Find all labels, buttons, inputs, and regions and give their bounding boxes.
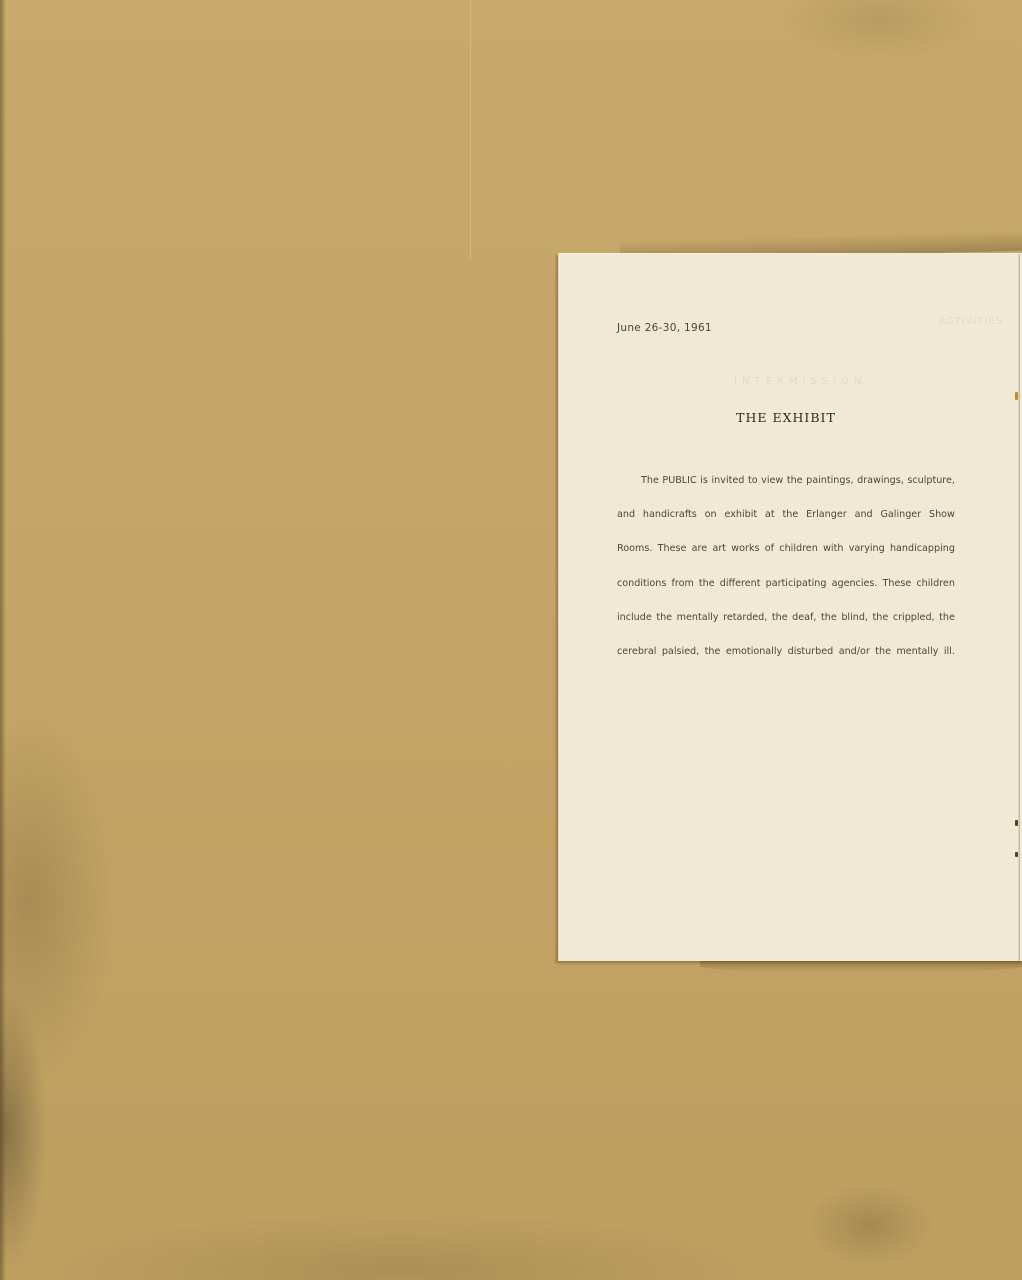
bleed-through-header: ACTIVITIES [939,316,1003,327]
word: emotionally [726,645,782,679]
paper-fold-edge [1018,254,1020,961]
word: the [939,611,955,645]
body-line: ThePUBLICisinvitedtoviewthepaintings,dra… [617,474,955,508]
word: cerebral [617,645,656,679]
word: mentally [677,611,719,645]
word: crippled, [893,611,935,645]
word: Galinger [880,508,921,542]
event-date: June 26-30, 1961 [617,322,712,334]
word: include [617,611,652,645]
word: sculpture, [907,474,955,508]
body-line: includethementallyretarded,thedeaf,thebl… [617,611,955,645]
word: the [772,611,788,645]
body-line: andhandicraftsonexhibitattheErlangerandG… [617,508,955,542]
body-paragraph: ThePUBLICisinvitedtoviewthepaintings,dra… [617,474,955,679]
word: is [700,474,708,508]
word: the [656,611,672,645]
word: with [823,542,843,576]
word: the [783,508,799,542]
word: ill. [944,645,955,679]
word: retarded, [723,611,767,645]
word: palsied, [662,645,699,679]
word: at [765,508,775,542]
word: These [883,577,912,611]
word: agencies. [832,577,878,611]
word: different [720,577,761,611]
word: blind, [841,611,868,645]
word: and/or [839,645,870,679]
word: handicapping [890,542,955,576]
word: exhibit [724,508,757,542]
word: are [692,542,708,576]
word: Erlanger [806,508,847,542]
word: the [873,611,889,645]
word: on [705,508,717,542]
exhibit-program-page: ACTIVITIES INTERMISSION June 26-30, 1961… [558,253,1022,961]
word: works [731,542,759,576]
word: The [641,474,659,508]
word: view [761,474,783,508]
word: deaf, [792,611,816,645]
word: children [916,577,955,611]
word: from [671,577,693,611]
word: the [705,645,721,679]
word: invited [712,474,745,508]
word: Show [929,508,955,542]
body-line: cerebralpalsied,theemotionallydisturbeda… [617,645,955,679]
word: the [699,577,715,611]
word: disturbed [788,645,834,679]
staple-mark [1015,392,1018,400]
word: These [658,542,687,576]
body-line: conditionsfromthedifferentparticipatinga… [617,577,955,611]
word: and [617,508,635,542]
word: participating [766,577,827,611]
word: children [779,542,818,576]
word: the [821,611,837,645]
word: and [855,508,873,542]
binding-mark [1015,820,1018,826]
word: of [765,542,774,576]
word: to [748,474,758,508]
word: handicrafts [643,508,697,542]
bleed-through-section: INTERMISSION [734,376,866,387]
body-line: Rooms.Theseareartworksofchildrenwithvary… [617,542,955,576]
word: conditions [617,577,666,611]
word: drawings, [857,474,904,508]
word: Rooms. [617,542,652,576]
page-title: THE EXHIBIT [559,410,1013,425]
board-crease [470,0,471,260]
word: paintings, [806,474,853,508]
board-left-edge-shadow [0,0,6,1280]
word: varying [849,542,885,576]
word: PUBLIC [662,474,696,508]
word: the [787,474,803,508]
word: the [875,645,891,679]
word: mentally [896,645,938,679]
word: art [712,542,726,576]
binding-mark [1015,852,1018,857]
